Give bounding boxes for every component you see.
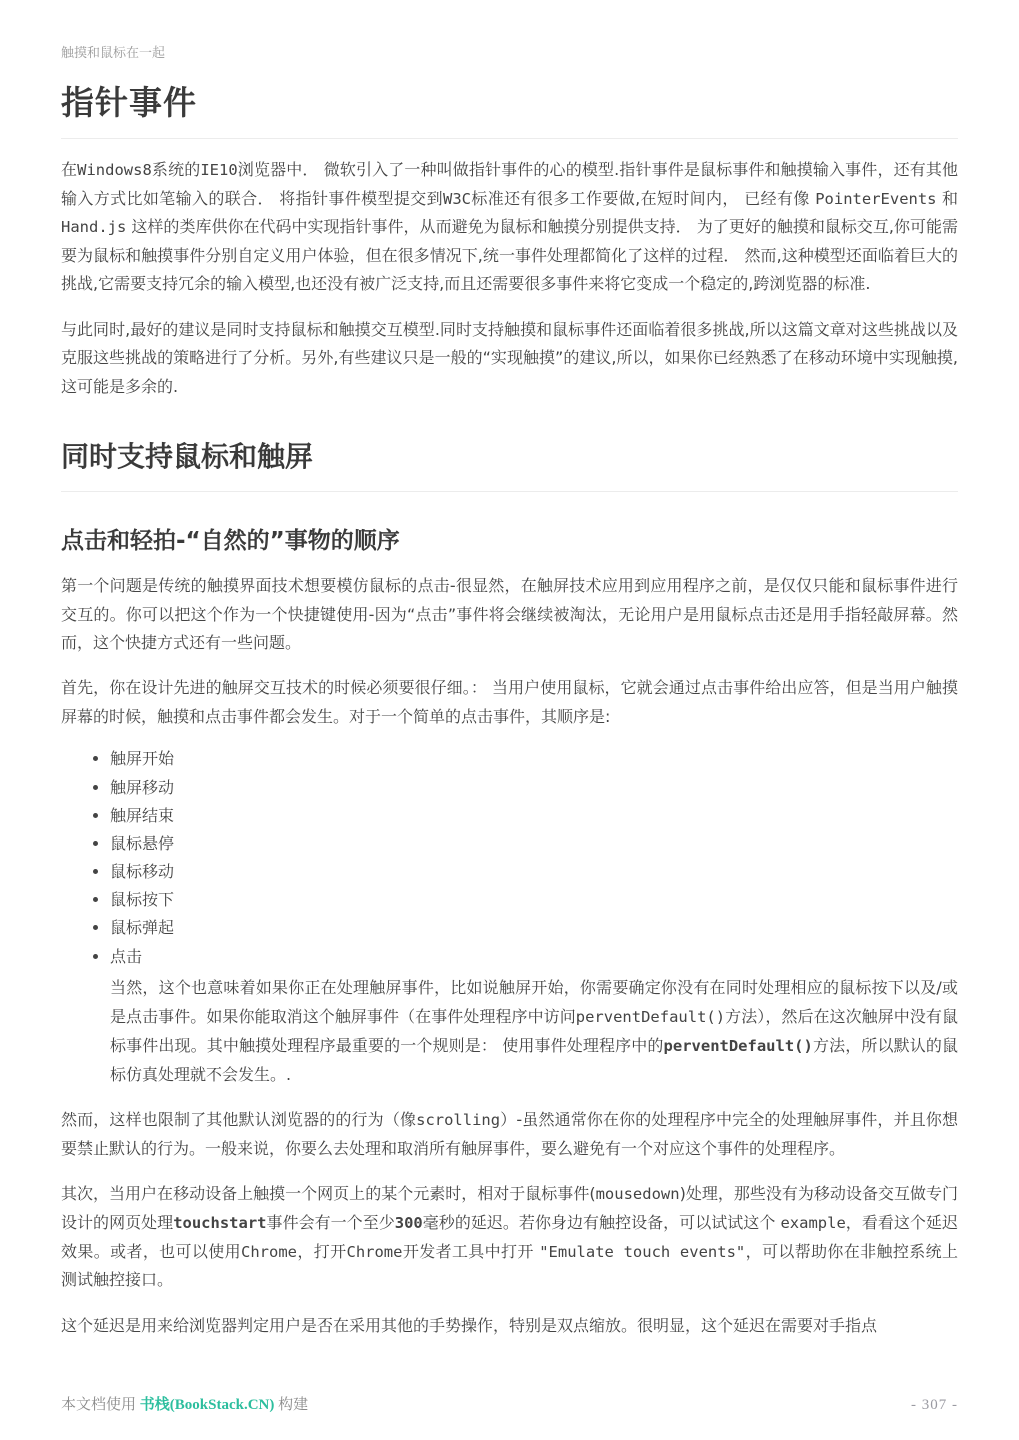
list-item: 鼠标弹起 bbox=[110, 914, 958, 942]
list-nested-paragraph: 当然，这个也意味着如果你正在处理触屏事件，比如说触屏开始，你需要确定你没有在同时… bbox=[110, 973, 958, 1090]
document-page: 触摸和鼠标在一起 指针事件 在Windows8系统的IE10浏览器中． 微软引入… bbox=[0, 0, 1019, 1440]
bookstack-link[interactable]: 书栈(BookStack.CN) bbox=[140, 1397, 275, 1413]
footer-build-note: 本文档使用 书栈(BookStack.CN) 构建 bbox=[61, 1393, 308, 1414]
subsection-heading: 点击和轻拍-“自然的”事物的顺序 bbox=[61, 522, 958, 555]
page-footer: 本文档使用 书栈(BookStack.CN) 构建 - 307 - bbox=[61, 1393, 958, 1414]
footer-suffix: 构建 bbox=[274, 1397, 308, 1413]
body-paragraph-3: 第一个问题是传统的触摸界面技术想要模仿鼠标的点击-很显然，在触屏技术应用到应用程… bbox=[61, 572, 958, 657]
breadcrumb: 触摸和鼠标在一起 bbox=[61, 42, 958, 61]
list-item: 触屏开始 bbox=[110, 745, 958, 773]
list-item: 鼠标按下 bbox=[110, 886, 958, 914]
list-item: 触屏移动 bbox=[110, 774, 958, 802]
page-number: - 307 - bbox=[911, 1397, 958, 1414]
body-paragraph-5: 然而，这样也限制了其他默认浏览器的的行为（像scrolling）-虽然通常你在你… bbox=[61, 1106, 958, 1163]
body-paragraph-7: 这个延迟是用来给浏览器判定用户是否在采用其他的手势操作，特别是双点缩放。很明显，… bbox=[61, 1312, 958, 1340]
event-order-list: 触屏开始 触屏移动 触屏结束 鼠标悬停 鼠标移动 鼠标按下 鼠标弹起 点击 当然… bbox=[61, 745, 958, 1089]
body-paragraph-6: 其次，当用户在移动设备上触摸一个网页上的某个元素时，相对于鼠标事件(moused… bbox=[61, 1180, 958, 1294]
footer-prefix: 本文档使用 bbox=[61, 1397, 140, 1413]
page-title: 指针事件 bbox=[61, 77, 958, 139]
intro-paragraph-2: 与此同时,最好的建议是同时支持鼠标和触摸交互模型.同时支持触摸和鼠标事件还面临着… bbox=[61, 316, 958, 401]
list-item: 鼠标移动 bbox=[110, 858, 958, 886]
section-heading: 同时支持鼠标和触屏 bbox=[61, 435, 958, 492]
intro-paragraph-1: 在Windows8系统的IE10浏览器中． 微软引入了一种叫做指针事件的心的模型… bbox=[61, 156, 958, 299]
list-item: 点击 当然，这个也意味着如果你正在处理触屏事件，比如说触屏开始，你需要确定你没有… bbox=[110, 943, 958, 1090]
page-content: 触摸和鼠标在一起 指针事件 在Windows8系统的IE10浏览器中． 微软引入… bbox=[0, 0, 1019, 1340]
list-item-label: 点击 bbox=[110, 947, 142, 966]
list-item: 触屏结束 bbox=[110, 802, 958, 830]
body-paragraph-4: 首先，你在设计先进的触屏交互技术的时候必须要很仔细。： 当用户使用鼠标，它就会通… bbox=[61, 674, 958, 731]
list-item: 鼠标悬停 bbox=[110, 830, 958, 858]
